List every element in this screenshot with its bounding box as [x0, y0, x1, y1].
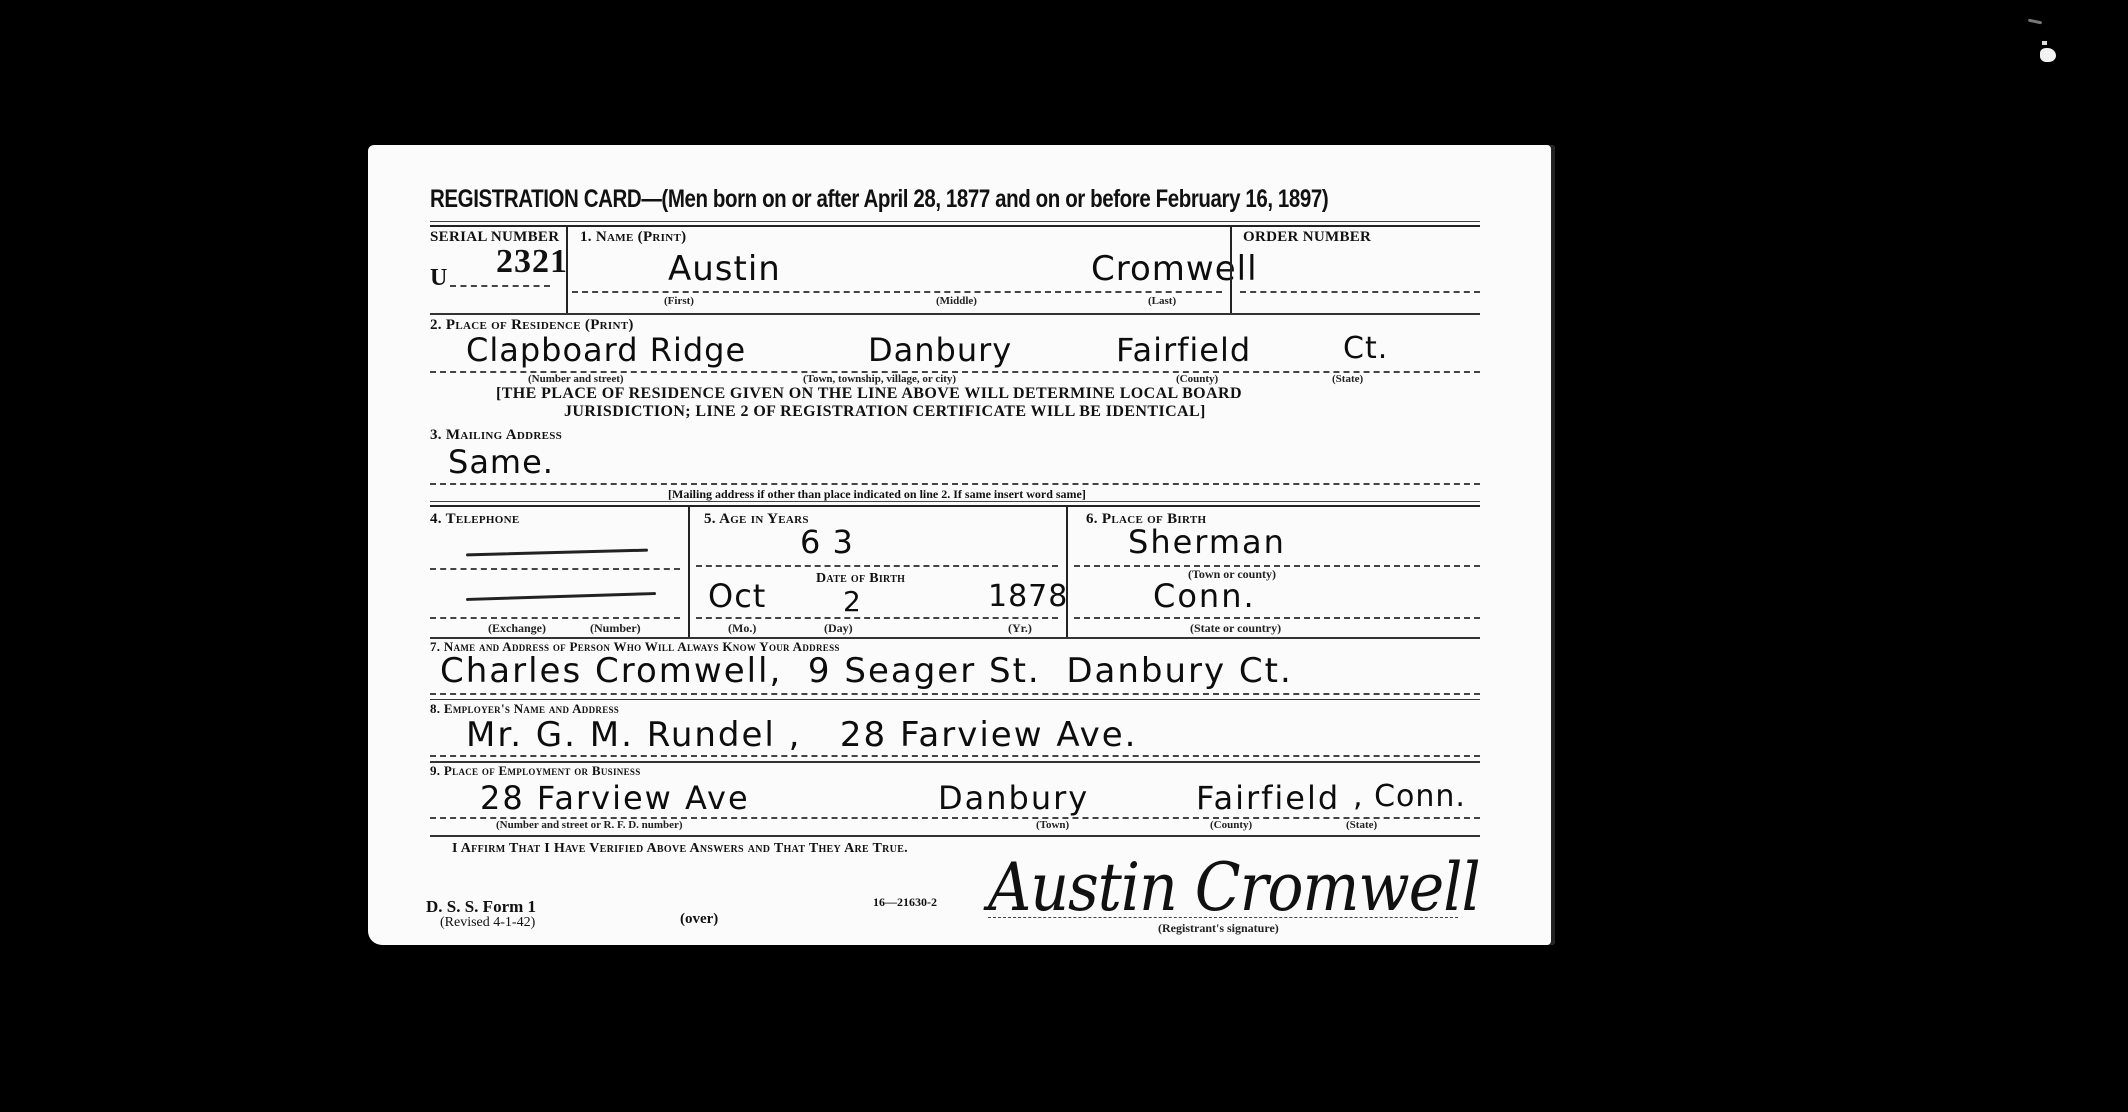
residence-state: Ct.	[1343, 331, 1388, 366]
number-caption: (Number)	[590, 621, 641, 636]
print-code: 16—21630-2	[873, 895, 937, 910]
last-name: Cromwell	[1091, 249, 1258, 289]
card-title: REGISTRATION CARD—(Men born on or after …	[430, 185, 1328, 214]
residence-notice-line2: JURISDICTION; LINE 2 OF REGISTRATION CER…	[564, 403, 1206, 421]
first-name: Austin	[668, 249, 781, 289]
employment-label: 9. Place of Employment or Business	[430, 763, 641, 779]
age-value: 6 3	[800, 523, 854, 561]
last-caption: (Last)	[1148, 295, 1176, 307]
order-number-label: ORDER NUMBER	[1243, 229, 1371, 246]
title-rule	[430, 221, 1480, 227]
dob-month: Oct	[708, 577, 766, 615]
age-label: 5. Age in Years	[704, 511, 809, 528]
over-note: (over)	[680, 911, 718, 928]
form-number: D. S. S. Form 1	[426, 897, 536, 917]
serial-prefix: U	[430, 265, 447, 292]
registration-card: REGISTRATION CARD—(Men born on or after …	[368, 145, 1555, 945]
contact-value: Charles Cromwell, 9 Seager St. Danbury C…	[440, 651, 1293, 691]
birthplace-state-caption: (State or country)	[1190, 621, 1281, 636]
scan-artifact	[2028, 19, 2042, 25]
affirmation-text: I Affirm That I Have Verified Above Answ…	[452, 841, 908, 857]
employment-street: 28 Farview Ave	[480, 779, 750, 817]
state-caption: (State)	[1332, 373, 1363, 385]
telephone-label: 4. Telephone	[430, 511, 519, 528]
employment-town: Danbury	[938, 779, 1089, 817]
employment-town-caption: (Town)	[1036, 819, 1069, 831]
month-caption: (Mo.)	[728, 621, 756, 636]
first-caption: (First)	[664, 295, 694, 307]
street-caption: (Number and street)	[528, 373, 624, 385]
employment-county-caption: (County)	[1210, 819, 1252, 831]
form-revision: (Revised 4-1-42)	[440, 915, 535, 931]
mailing-caption: [Mailing address if other than place ind…	[668, 487, 1086, 502]
residence-notice-line1: [THE PLACE OF RESIDENCE GIVEN ON THE LIN…	[496, 385, 1242, 403]
scan-artifact	[2040, 48, 2056, 62]
exchange-caption: (Exchange)	[488, 621, 546, 636]
employment-state: , Conn.	[1353, 779, 1466, 814]
employment-state-caption: (State)	[1346, 819, 1377, 831]
year-caption: (Yr.)	[1008, 621, 1032, 636]
middle-caption: (Middle)	[936, 295, 977, 307]
telephone-blank-stroke	[466, 592, 656, 601]
scan-artifact	[2042, 41, 2047, 45]
residence-county: Fairfield	[1116, 331, 1251, 369]
county-caption: (County)	[1176, 373, 1218, 385]
employment-county: Fairfield	[1196, 779, 1340, 817]
day-caption: (Day)	[824, 621, 853, 636]
registrant-signature: Austin Cromwell	[988, 850, 1480, 927]
signature-caption: (Registrant's signature)	[1158, 921, 1279, 936]
employment-street-caption: (Number and street or R. F. D. number)	[496, 819, 683, 831]
residence-town: Danbury	[868, 331, 1012, 369]
residence-street: Clapboard Ridge	[466, 331, 746, 369]
mailing-address-value: Same.	[448, 443, 554, 481]
dob-year: 1878	[988, 579, 1068, 614]
dob-day: 2	[843, 585, 862, 618]
name-label: 1. Name (Print)	[580, 229, 686, 246]
serial-number-value: 2321	[496, 243, 568, 281]
mailing-address-label: 3. Mailing Address	[430, 427, 562, 444]
birthplace-town: Sherman	[1128, 523, 1286, 561]
town-caption: (Town, township, village, or city)	[803, 373, 956, 385]
employer-value: Mr. G. M. Rundel , 28 Farview Ave.	[466, 715, 1137, 755]
birthplace-state: Conn.	[1153, 577, 1256, 615]
telephone-blank-stroke	[466, 549, 648, 557]
